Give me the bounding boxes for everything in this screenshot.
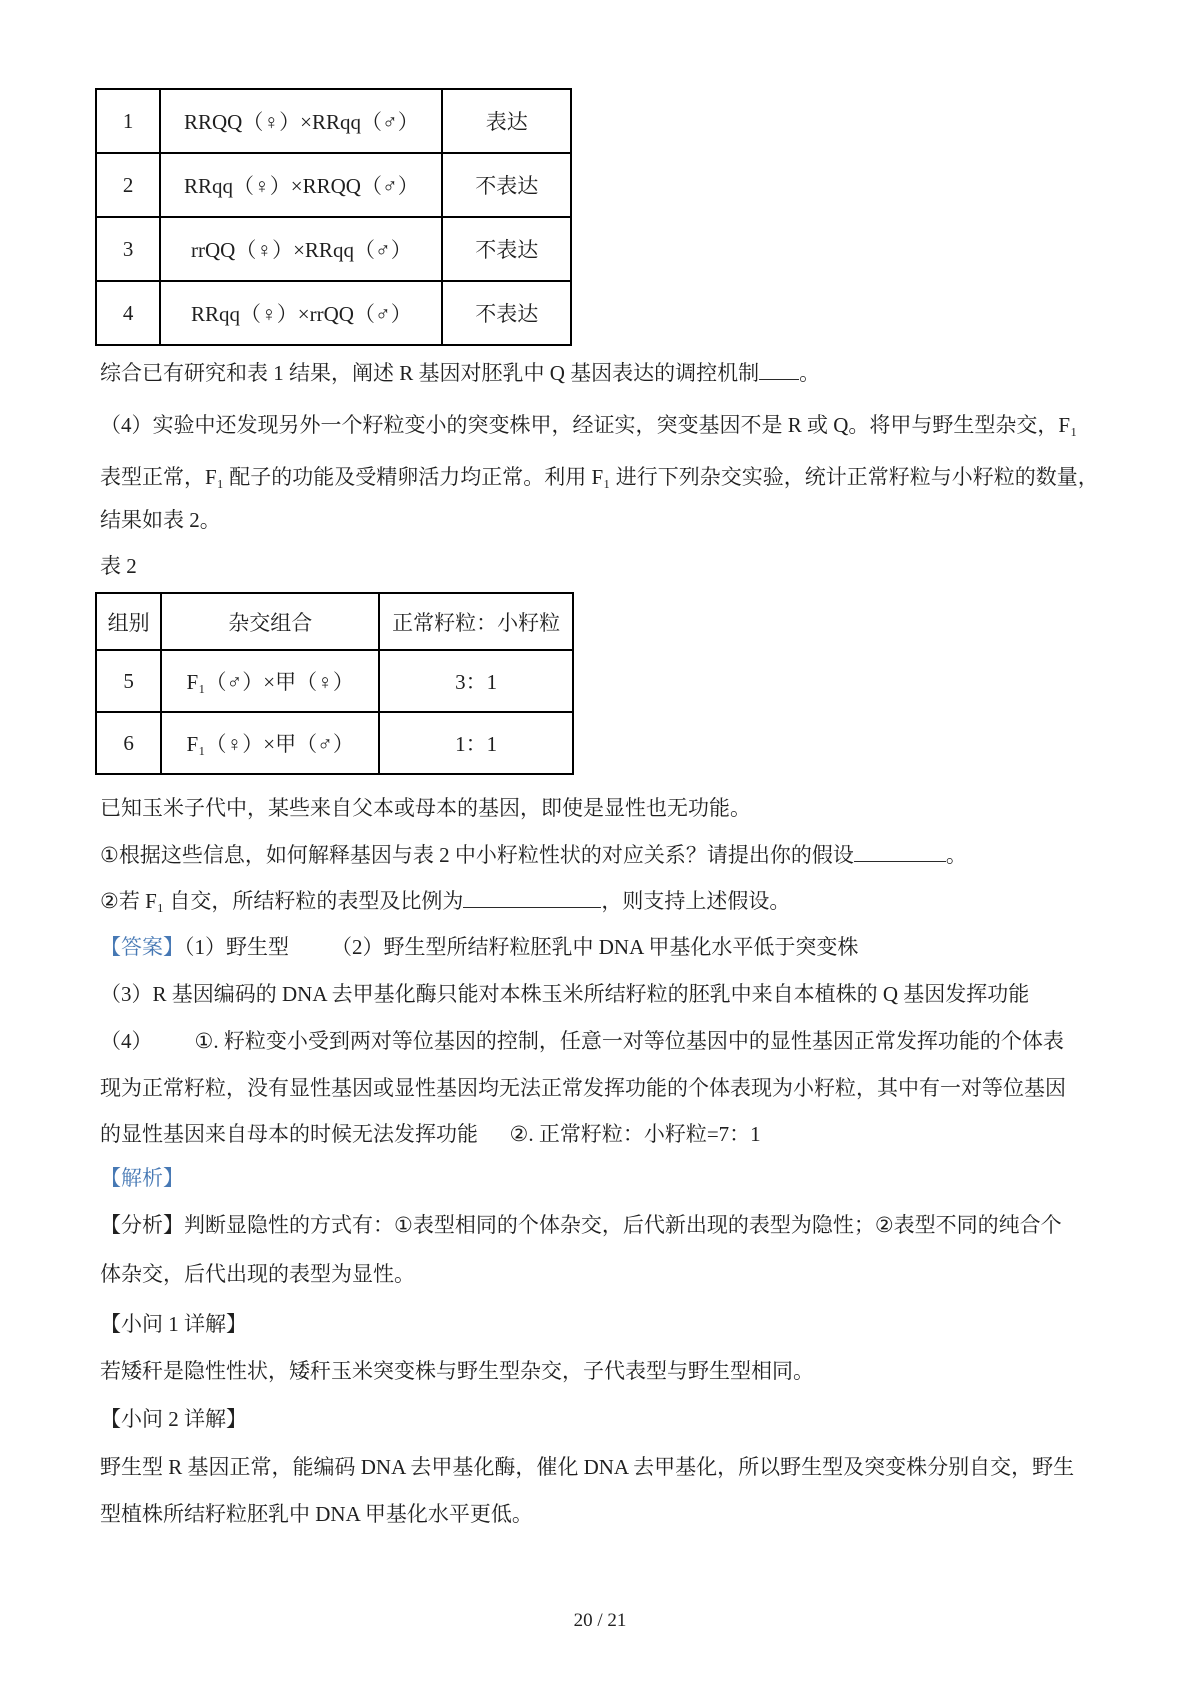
detail-1-line: 若矮秆是隐性性状，矮秆玉米突变株与野生型杂交，子代表型与野生型相同。 <box>100 1356 1130 1386</box>
table-row: 3rrQQ（♀）×RRqq（♂）不表达 <box>96 217 571 281</box>
text-run: 体杂交，后代出现的表型为显性。 <box>100 1262 415 1286</box>
blank-underline <box>463 888 601 908</box>
table-cell: 1：1 <box>379 712 573 774</box>
table-cell: 1 <box>96 89 160 153</box>
text-run: 【小问 2 详解】 <box>100 1407 247 1431</box>
table-cell: 不表达 <box>442 217 571 281</box>
answer-line-3: （4） ①. 籽粒变小受到两对等位基因的控制，任意一对等位基因中的显性基因正常发… <box>100 1026 1130 1056</box>
section-label: 【答案】 <box>100 935 184 959</box>
detail-2-header: 【小问 2 详解】 <box>100 1404 1130 1434</box>
table-header-row: 组别杂交组合正常籽粒：小籽粒 <box>96 593 573 650</box>
text-run: ，则支持上述假设。 <box>601 889 790 913</box>
answer-line-5: 的显性基因来自母本的时候无法发挥功能 ②. 正常籽粒：小籽粒=7：1 <box>100 1119 1130 1149</box>
table-cell: 3 <box>96 217 160 281</box>
text-run: 综合已有研究和表 1 结果，阐述 R 基因对胚乳中 Q 基因表达的调控机制 <box>100 361 759 385</box>
table-cell: 2 <box>96 153 160 217</box>
text-run: 。 <box>799 361 820 385</box>
analysis-header: 【解析】 <box>100 1163 1130 1193</box>
cross-ratio-table-head: 组别杂交组合正常籽粒：小籽粒 <box>96 593 573 650</box>
table-row: 4RRqq（♀）×rrQQ（♂）不表达 <box>96 281 571 345</box>
table-row: 6F₁（♀）×甲（♂）1：1 <box>96 712 573 774</box>
table-cell: 4 <box>96 281 160 345</box>
table-cell: 表达 <box>442 89 571 153</box>
text-run: 若矮秆是隐性性状，矮秆玉米突变株与野生型杂交，子代表型与野生型相同。 <box>100 1359 814 1383</box>
text-run: ①根据这些信息，如何解释基因与表 2 中小籽粒性状的对应关系？请提出你的假设 <box>100 843 854 867</box>
answer-line-1: 【答案】（1）野生型 （2）野生型所结籽粒胚乳中 DNA 甲基化水平低于突变株 <box>100 932 1130 962</box>
text-run: 【分析】判断显隐性的方式有：①表型相同的个体杂交，后代新出现的表型为隐性；②表型… <box>100 1213 1062 1237</box>
table-row: 5F₁（♂）×甲（♀）3：1 <box>96 650 573 712</box>
detail-2-line-2: 型植株所结籽粒胚乳中 DNA 甲基化水平更低。 <box>100 1499 1130 1529</box>
table-header-cell: 正常籽粒：小籽粒 <box>379 593 573 650</box>
text-run: 野生型 R 基因正常，能编码 DNA 去甲基化酶，催化 DNA 去甲基化，所以野… <box>100 1455 1074 1479</box>
analysis-line-1: 【分析】判断显隐性的方式有：①表型相同的个体杂交，后代新出现的表型为隐性；②表型… <box>100 1210 1130 1240</box>
analysis-line-2: 体杂交，后代出现的表型为显性。 <box>100 1259 1130 1289</box>
text-run: （1）野生型 （2）野生型所结籽粒胚乳中 DNA 甲基化水平低于突变株 <box>184 935 858 959</box>
document-page: 1RRQQ（♀）×RRqq（♂）表达2RRqq（♀）×RRQQ（♂）不表达3rr… <box>0 0 1200 1697</box>
question-3-mechanism-line: 综合已有研究和表 1 结果，阐述 R 基因对胚乳中 Q 基因表达的调控机制。 <box>100 358 1130 388</box>
text-run: 已知玉米子代中，某些来自父本或母本的基因，即使是显性也无功能。 <box>100 796 751 820</box>
table-cell: RRQQ（♀）×RRqq（♂） <box>160 89 442 153</box>
detail-1-header: 【小问 1 详解】 <box>100 1309 1130 1339</box>
table-cell: RRqq（♀）×RRQQ（♂） <box>160 153 442 217</box>
table-cell: 不表达 <box>442 153 571 217</box>
table-header-cell: 组别 <box>96 593 161 650</box>
text-run: 的显性基因来自母本的时候无法发挥功能 ②. 正常籽粒：小籽粒=7：1 <box>100 1122 761 1146</box>
text-run: 型植株所结籽粒胚乳中 DNA 甲基化水平更低。 <box>100 1502 533 1526</box>
question-4-line-2: 表型正常，F₁ 配子的功能及受精卵活力均正常。利用 F₁ 进行下列杂交实验，统计… <box>100 462 1130 492</box>
question-4-line-1: （4）实验中还发现另外一个籽粒变小的突变株甲，经证实，突变基因不是 R 或 Q。… <box>100 410 1130 440</box>
text-run: （4）实验中还发现另外一个籽粒变小的突变株甲，经证实，突变基因不是 R 或 Q。… <box>100 413 1077 437</box>
text-run: （3）R 基因编码的 DNA 去甲基化酶只能对本株玉米所结籽粒的胚乳中来自本植株… <box>100 982 1029 1006</box>
question-4-line-3: 结果如表 2。 <box>100 505 1130 535</box>
info-line: 已知玉米子代中，某些来自父本或母本的基因，即使是显性也无功能。 <box>100 793 1130 823</box>
table-cell: 6 <box>96 712 161 774</box>
answer-line-2: （3）R 基因编码的 DNA 去甲基化酶只能对本株玉米所结籽粒的胚乳中来自本植株… <box>100 979 1130 1009</box>
text-run: 结果如表 2。 <box>100 508 221 532</box>
table-cell: 不表达 <box>442 281 571 345</box>
text-run: 表型正常，F₁ 配子的功能及受精卵活力均正常。利用 F₁ 进行下列杂交实验，统计… <box>100 465 1099 489</box>
table-cell: RRqq（♀）×rrQQ（♂） <box>160 281 442 345</box>
text-run: 。 <box>946 843 967 867</box>
table-row: 2RRqq（♀）×RRQQ（♂）不表达 <box>96 153 571 217</box>
cross-ratio-table-body: 5F₁（♂）×甲（♀）3：16F₁（♀）×甲（♂）1：1 <box>96 650 573 774</box>
cross-expression-table-body: 1RRQQ（♀）×RRqq（♂）表达2RRqq（♀）×RRQQ（♂）不表达3rr… <box>96 89 571 345</box>
table-cell: rrQQ（♀）×RRqq（♂） <box>160 217 442 281</box>
page-number: 20 / 21 <box>0 1610 1200 1632</box>
cross-expression-table: 1RRQQ（♀）×RRqq（♂）表达2RRqq（♀）×RRQQ（♂）不表达3rr… <box>95 88 572 346</box>
text-run: 现为正常籽粒，没有显性基因或显性基因均无法正常发挥功能的个体表现为小籽粒，其中有… <box>100 1076 1066 1100</box>
table-row: 1RRQQ（♀）×RRqq（♂）表达 <box>96 89 571 153</box>
table-cell: 5 <box>96 650 161 712</box>
table-cell: F₁（♀）×甲（♂） <box>161 712 379 774</box>
blank-underline <box>854 842 946 862</box>
cross-ratio-table: 组别杂交组合正常籽粒：小籽粒 5F₁（♂）×甲（♀）3：16F₁（♀）×甲（♂）… <box>95 592 574 775</box>
sub-question-1-line: ①根据这些信息，如何解释基因与表 2 中小籽粒性状的对应关系？请提出你的假设。 <box>100 840 1130 870</box>
text-run: ②若 F₁ 自交，所结籽粒的表型及比例为 <box>100 889 463 913</box>
table-2-caption: 表 2 <box>100 551 1130 581</box>
sub-question-2-line: ②若 F₁ 自交，所结籽粒的表型及比例为，则支持上述假设。 <box>100 886 1130 916</box>
blank-underline <box>759 360 799 380</box>
table-cell: 3：1 <box>379 650 573 712</box>
table-header-cell: 杂交组合 <box>161 593 379 650</box>
answer-line-4: 现为正常籽粒，没有显性基因或显性基因均无法正常发挥功能的个体表现为小籽粒，其中有… <box>100 1073 1130 1103</box>
text-run: 【小问 1 详解】 <box>100 1312 247 1336</box>
section-label: 【解析】 <box>100 1166 184 1190</box>
table-cell: F₁（♂）×甲（♀） <box>161 650 379 712</box>
text-run: （4） ①. 籽粒变小受到两对等位基因的控制，任意一对等位基因中的显性基因正常发… <box>100 1029 1064 1053</box>
text-run: 表 2 <box>100 554 137 578</box>
detail-2-line-1: 野生型 R 基因正常，能编码 DNA 去甲基化酶，催化 DNA 去甲基化，所以野… <box>100 1452 1130 1482</box>
